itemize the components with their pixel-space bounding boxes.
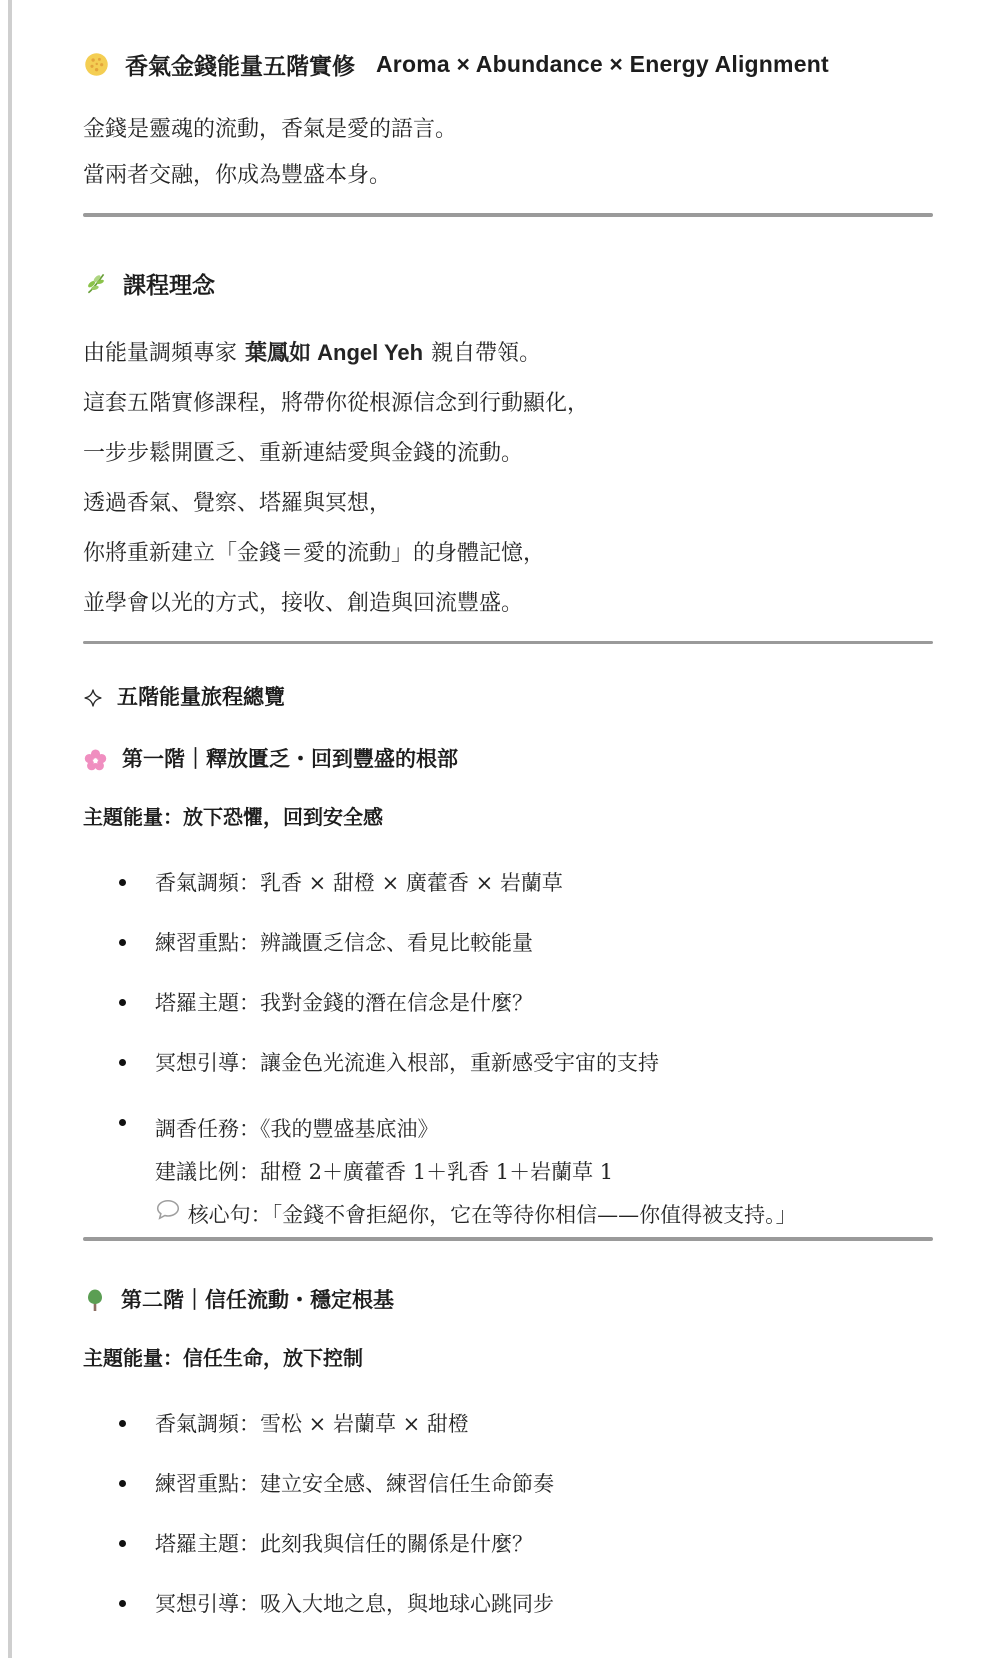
- page-content: 香氣金錢能量五階實修 Aroma × Abundance × Energy Al…: [83, 0, 933, 1619]
- page-title-zh: 香氣金錢能量五階實修: [125, 48, 355, 81]
- stage-2-theme: 主題能量：信任生命，放下控制: [83, 1345, 933, 1373]
- stage-2-title: 第二階｜信任流動・穩定根基: [121, 1287, 394, 1315]
- gold-ball-icon: [83, 51, 110, 78]
- cherry-blossom-icon: [83, 748, 108, 773]
- list-item: 練習重點：辨識匱乏信念、看見比較能量: [155, 928, 933, 958]
- page-title-en: Aroma × Abundance × Energy Alignment: [376, 51, 829, 78]
- list-item: 香氣調頻：乳香 × 甜橙 × 廣藿香 × 岩蘭草: [155, 868, 933, 898]
- overview-heading: 五階能量旅程總覽: [83, 684, 933, 712]
- philosophy-line: 這套五階實修課程，將帶你從根源信念到行動顯化，: [83, 379, 933, 429]
- stage-1-theme: 主題能量：放下恐懼，回到安全感: [83, 804, 933, 832]
- stage-1-heading: 第一階｜釋放匱乏・回到豐盛的根部: [83, 746, 933, 774]
- overview-heading-label: 五階能量旅程總覽: [117, 684, 285, 712]
- intro-paragraph: 金錢是靈魂的流動，香氣是愛的語言。 當兩者交融，你成為豐盛本身。: [83, 107, 933, 199]
- philosophy-lead-line: 由能量調頻專家葉鳳如 Angel Yeh親自帶領。: [83, 328, 933, 379]
- divider: [83, 213, 933, 217]
- philosophy-heading-label: 課程理念: [123, 267, 215, 300]
- blending-task-item: 調香任務：《我的豐盛基底油》 建議比例：甜橙 2＋廣藿香 1＋乳香 1＋岩蘭草 …: [155, 1108, 933, 1237]
- speech-bubble-icon: [155, 1198, 181, 1222]
- divider: [83, 1237, 933, 1241]
- list-item: 香氣調頻：雪松 × 岩蘭草 × 甜橙: [155, 1409, 933, 1439]
- task-title-line: 調香任務：《我的豐盛基底油》: [155, 1108, 933, 1151]
- core-sentence-text: 核心句：「金錢不會拒絕你，它在等待你相信——你值得被支持。」: [188, 1203, 797, 1227]
- philosophy-lead-post: 親自帶領。: [431, 341, 541, 366]
- philosophy-line: 透過香氣、覺察、塔羅與冥想，: [83, 479, 933, 529]
- philosophy-line: 並學會以光的方式，接收、創造與回流豐盛。: [83, 579, 933, 629]
- stage-2-bullet-list: 香氣調頻：雪松 × 岩蘭草 × 甜橙 練習重點：建立安全感、練習信任生命節奏 塔…: [83, 1409, 933, 1619]
- core-sentence-line: 核心句：「金錢不會拒絕你，它在等待你相信——你值得被支持。」: [155, 1194, 933, 1237]
- stage-1-title: 第一階｜釋放匱乏・回到豐盛的根部: [122, 746, 458, 774]
- philosophy-heading: 課程理念: [83, 267, 933, 300]
- stage-1-section: 第一階｜釋放匱乏・回到豐盛的根部 主題能量：放下恐懼，回到安全感 香氣調頻：乳香…: [83, 746, 933, 1237]
- philosophy-lead-pre: 由能量調頻專家: [83, 341, 237, 366]
- intro-line-2: 當兩者交融，你成為豐盛本身。: [83, 153, 933, 199]
- list-item: 練習重點：建立安全感、練習信任生命節奏: [155, 1469, 933, 1499]
- divider: [83, 641, 933, 645]
- page-left-border: [8, 0, 12, 1658]
- philosophy-line: 一步步鬆開匱乏、重新連結愛與金錢的流動。: [83, 429, 933, 479]
- course-document-page: 香氣金錢能量五階實修 Aroma × Abundance × Energy Al…: [0, 0, 986, 1658]
- list-item: 塔羅主題：此刻我與信任的關係是什麼？: [155, 1529, 933, 1559]
- page-title: 香氣金錢能量五階實修 Aroma × Abundance × Energy Al…: [83, 48, 933, 81]
- instructor-name: 葉鳳如 Angel Yeh: [245, 340, 423, 365]
- four-pointed-star-icon: [83, 688, 103, 708]
- intro-line-1: 金錢是靈魂的流動，香氣是愛的語言。: [83, 107, 933, 153]
- stage-2-section: 第二階｜信任流動・穩定根基 主題能量：信任生命，放下控制 香氣調頻：雪松 × 岩…: [83, 1287, 933, 1619]
- task-ratio-line: 建議比例：甜橙 2＋廣藿香 1＋乳香 1＋岩蘭草 1: [155, 1151, 933, 1194]
- philosophy-line: 你將重新建立「金錢＝愛的流動」的身體記憶，: [83, 529, 933, 579]
- stage-2-heading: 第二階｜信任流動・穩定根基: [83, 1287, 933, 1315]
- philosophy-paragraph: 由能量調頻專家葉鳳如 Angel Yeh親自帶領。 這套五階實修課程，將帶你從根…: [83, 328, 933, 629]
- stage-1-bullet-list: 香氣調頻：乳香 × 甜橙 × 廣藿香 × 岩蘭草 練習重點：辨識匱乏信念、看見比…: [83, 868, 933, 1237]
- list-item: 冥想引導：讓金色光流進入根部，重新感受宇宙的支持: [155, 1048, 933, 1078]
- tree-icon: [83, 1288, 107, 1314]
- list-item: 冥想引導：吸入大地之息，與地球心跳同步: [155, 1589, 933, 1619]
- list-item: 塔羅主題：我對金錢的潛在信念是什麼？: [155, 988, 933, 1018]
- herb-leaf-icon: [83, 270, 109, 296]
